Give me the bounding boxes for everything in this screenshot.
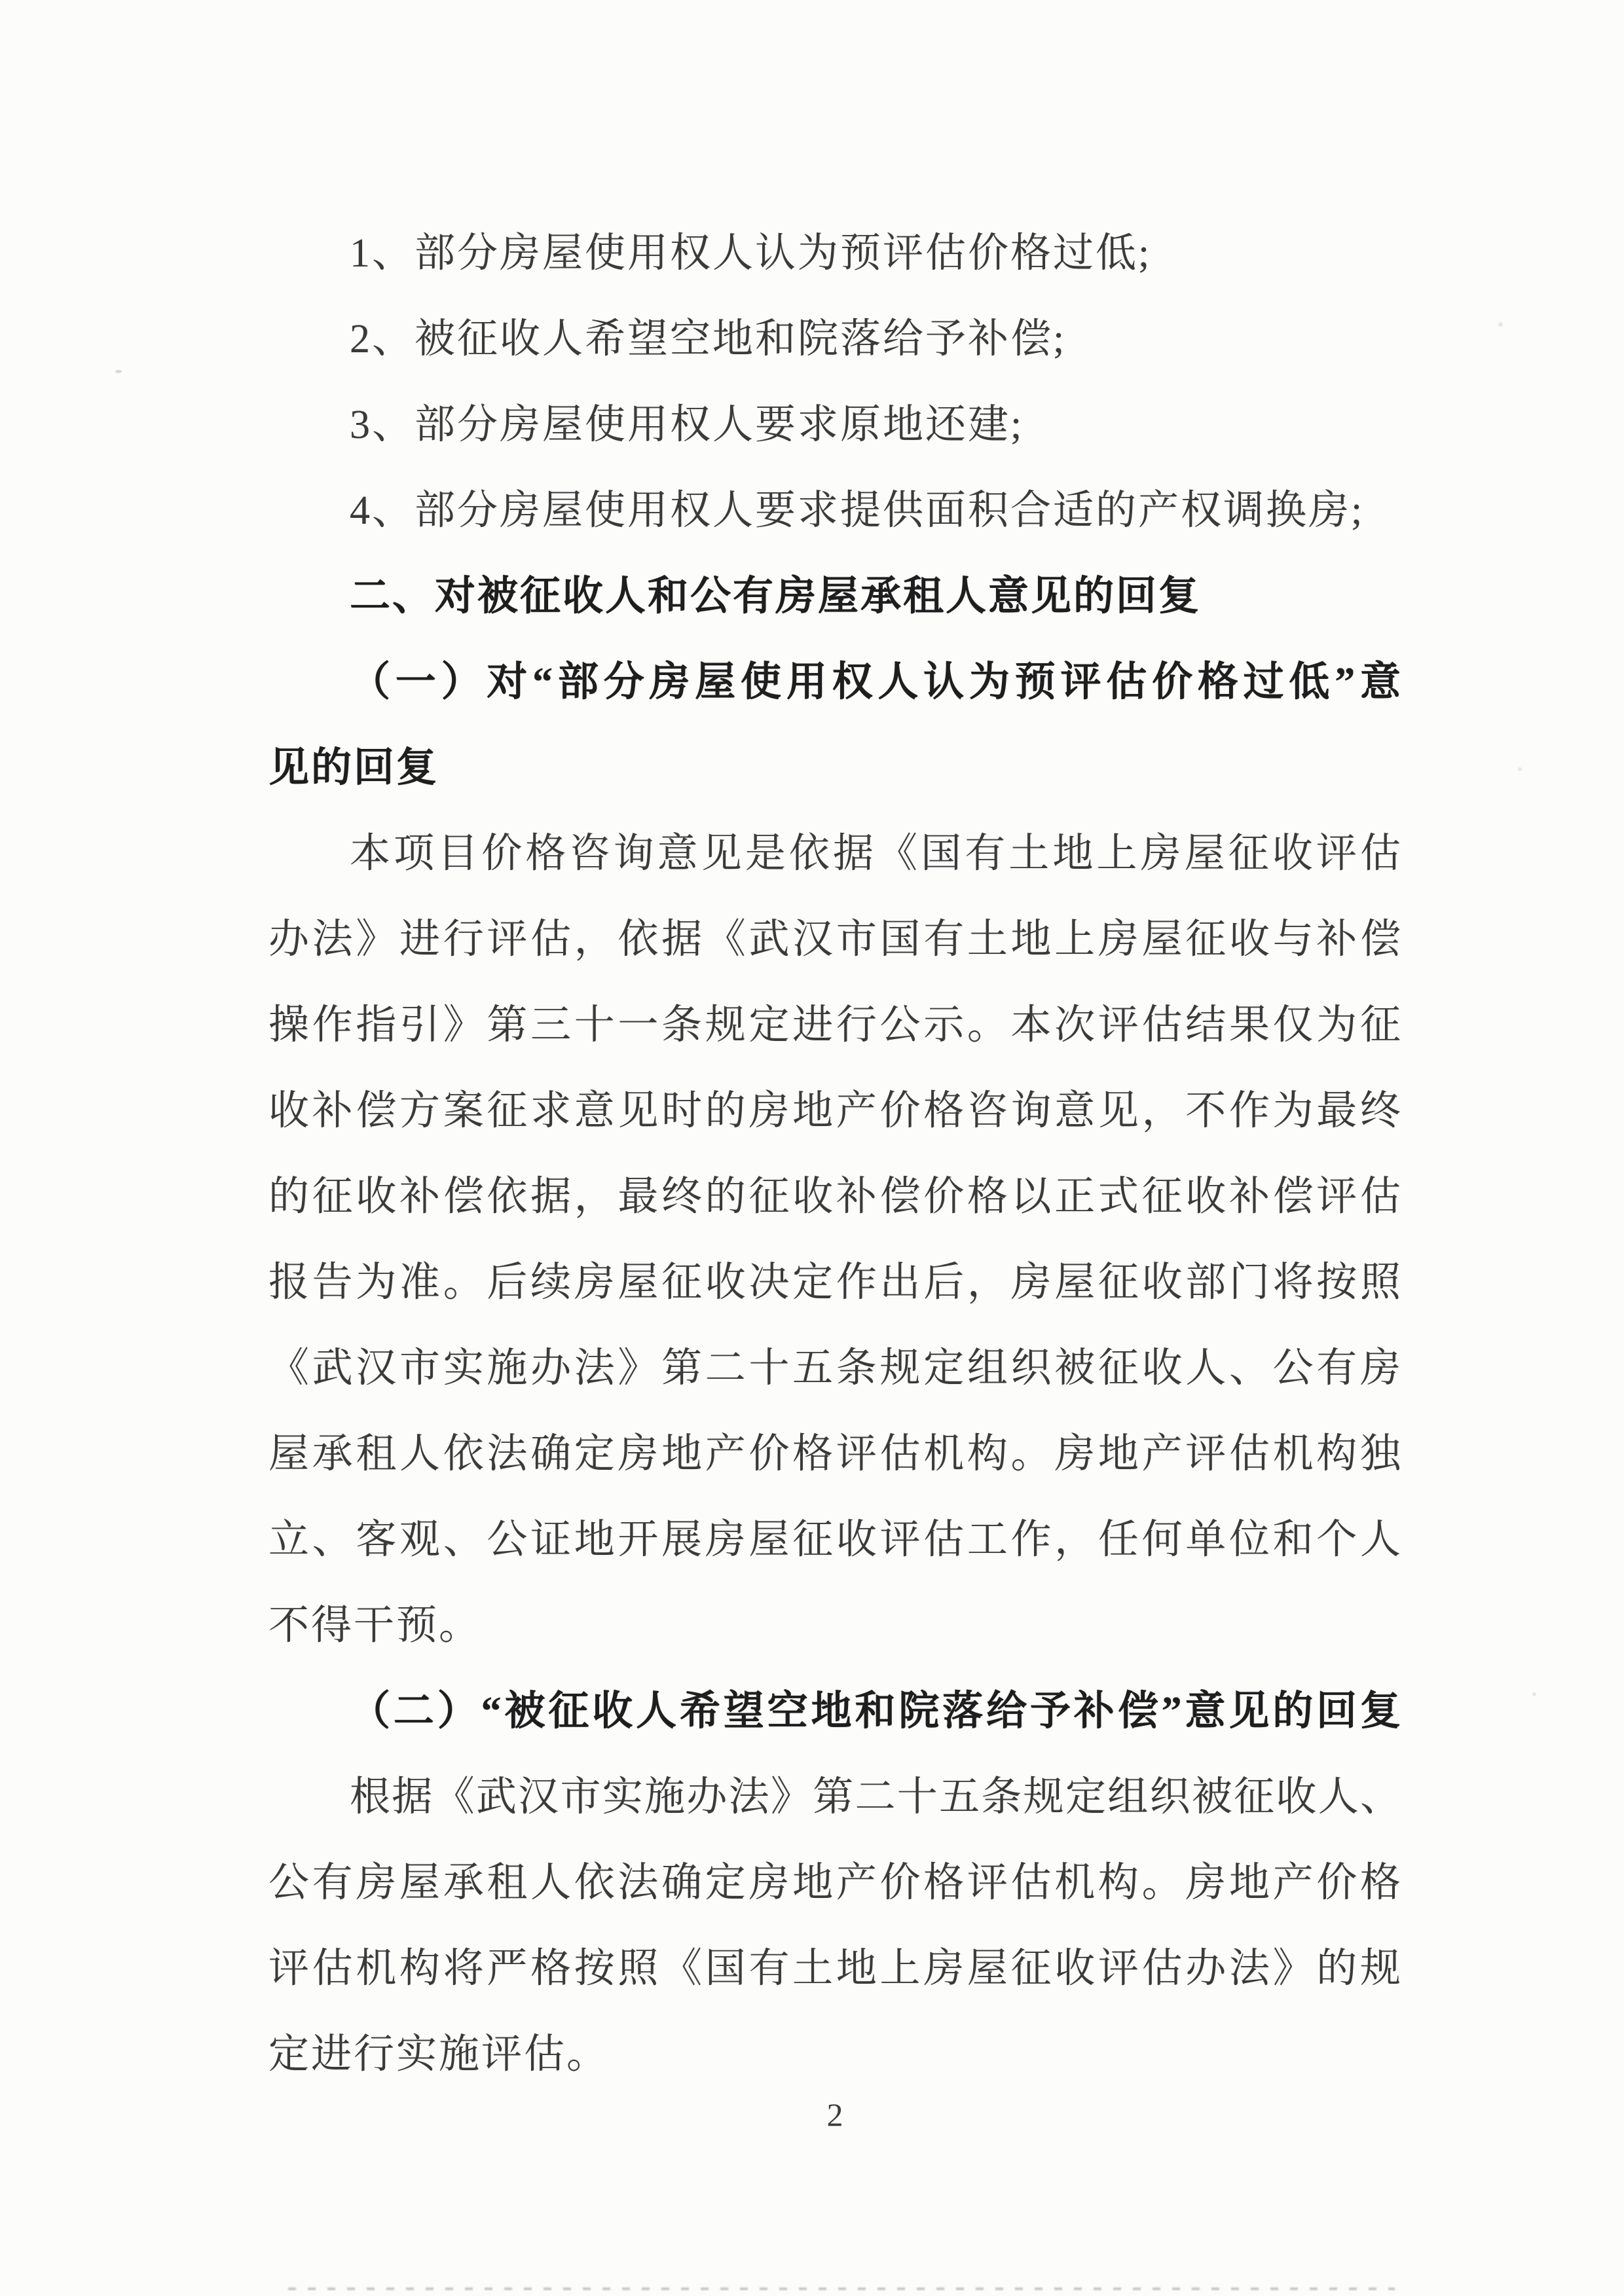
- page-number: 2: [268, 2085, 1401, 2144]
- opinion-item-1: 1、部分房屋使用权人认为预评估价格过低;: [268, 211, 1401, 297]
- subsection-heading-2: （二）“被征收人希望空地和院落给予补偿”意见的回复: [268, 1669, 1401, 1755]
- body-line: 根据《武汉市实施办法》第二十五条规定组织被征收人、: [268, 1755, 1401, 1840]
- body-line: 评估机构将严格按照《国有土地上房屋征收评估办法》的规: [268, 1926, 1401, 2012]
- scan-artifact-bottom-edge: [288, 2287, 1395, 2290]
- text-block: 1、部分房屋使用权人认为预评估价格过低; 2、被征收人希望空地和院落给予补偿; …: [268, 211, 1401, 2098]
- body-line: 的征收补偿依据，最终的征收补偿价格以正式征收补偿评估: [268, 1154, 1401, 1240]
- body-line: 《武汉市实施办法》第二十五条规定组织被征收人、公有房: [268, 1326, 1401, 1412]
- scan-artifact-speck: [1518, 767, 1522, 771]
- body-line: 本项目价格咨询意见是依据《国有土地上房屋征收评估: [268, 811, 1401, 897]
- section-heading-2: 二、对被征收人和公有房屋承租人意见的回复: [268, 554, 1401, 640]
- body-line: 立、客观、公证地开展房屋征收评估工作，任何单位和个人: [268, 1497, 1401, 1583]
- opinion-item-3: 3、部分房屋使用权人要求原地还建;: [268, 382, 1401, 468]
- body-line: 办法》进行评估，依据《武汉市国有土地上房屋征收与补偿: [268, 897, 1401, 983]
- body-line: 操作指引》第三十一条规定进行公示。本次评估结果仅为征: [268, 983, 1401, 1068]
- scan-artifact-speck: [115, 370, 122, 373]
- body-line: 屋承租人依法确定房地产价格评估机构。房地产评估机构独: [268, 1412, 1401, 1497]
- scan-artifact-speck: [1498, 322, 1503, 327]
- scan-artifact-speck: [1532, 1692, 1536, 1696]
- body-line: 报告为准。后续房屋征收决定作出后，房屋征收部门将按照: [268, 1240, 1401, 1326]
- body-line: 收补偿方案征求意见时的房地产价格咨询意见，不作为最终: [268, 1068, 1401, 1154]
- body-line: 不得干预。: [268, 1583, 1401, 1669]
- opinion-item-4: 4、部分房屋使用权人要求提供面积合适的产权调换房;: [268, 468, 1401, 554]
- subsection-heading-1-cont: 见的回复: [268, 725, 1401, 811]
- subsection-heading-1: （一）对“部分房屋使用权人认为预评估价格过低”意: [268, 640, 1401, 725]
- opinion-item-2: 2、被征收人希望空地和院落给予补偿;: [268, 297, 1401, 382]
- body-line: 公有房屋承租人依法确定房地产价格评估机构。房地产价格: [268, 1840, 1401, 1926]
- document-page: 1、部分房屋使用权人认为预评估价格过低; 2、被征收人希望空地和院落给予补偿; …: [0, 0, 1624, 2296]
